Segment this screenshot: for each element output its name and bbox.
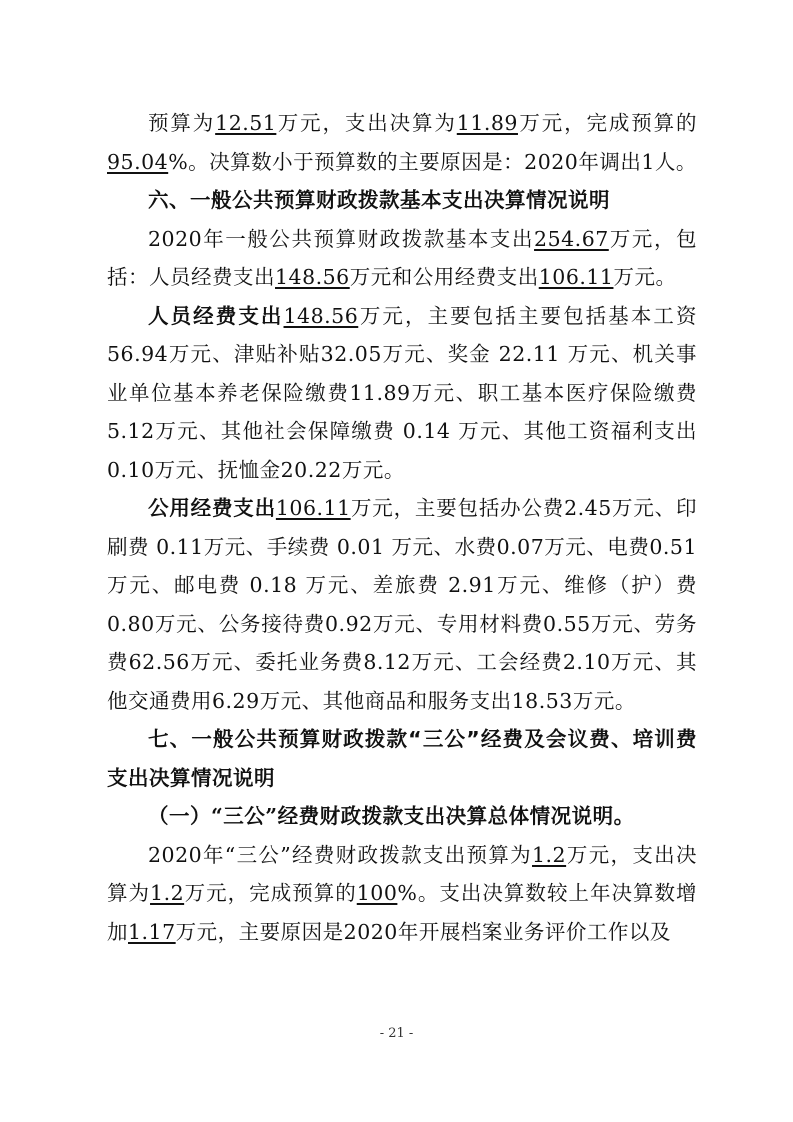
page-number: - 21 - (0, 1026, 793, 1041)
subheading-1: （一）“三公”经费财政拨款支出决算总体情况说明。 (107, 797, 697, 836)
actual-value: 11.89 (457, 111, 518, 135)
document-page: 预算为12.51万元，支出决算为11.89万元，完成预算的95.04%。决算数小… (107, 104, 697, 951)
text: 预算为 (148, 111, 215, 135)
three-public-actual: 1.2 (150, 881, 184, 905)
three-public-percent: 100 (357, 881, 398, 905)
budget-value: 12.51 (215, 111, 276, 135)
text: %。决算数小于预算数的主要原因是：2020年调出1人。 (168, 150, 697, 174)
three-public-budget: 1.2 (532, 843, 566, 867)
public-value: 106.11 (276, 496, 351, 520)
paragraph-basic-expenditure: 2020年一般公共预算财政拨款基本支出254.67万元，包括：人员经费支出148… (107, 220, 697, 297)
lead-label: 人员经费支出 (148, 304, 284, 328)
completion-percent: 95.04 (107, 150, 168, 174)
text: 万元和公用经费支出 (350, 265, 539, 289)
text: 万元，支出决算为 (276, 111, 456, 135)
text: 万元，主要包括办公费2.45万元、印刷费 0.11万元、手续费 0.01 万元、… (107, 496, 697, 713)
paragraph-budget-summary: 预算为12.51万元，支出决算为11.89万元，完成预算的95.04%。决算数小… (107, 104, 697, 181)
paragraph-public-expenditure: 公用经费支出106.11万元，主要包括办公费2.45万元、印刷费 0.11万元、… (107, 489, 697, 720)
text: 万元，完成预算的 (518, 111, 697, 135)
public-expenditure: 106.11 (539, 265, 614, 289)
lead-label: 公用经费支出 (148, 496, 276, 520)
text: 万元，完成预算的 (184, 881, 357, 905)
text: 万元，主要原因是2020年开展档案业务评价工作以及 (176, 920, 671, 944)
text: 万元，主要包括主要包括基本工资56.94万元、津贴补贴32.05万元、奖金 22… (107, 304, 697, 482)
personnel-value: 148.56 (284, 304, 359, 328)
personnel-expenditure: 148.56 (275, 265, 350, 289)
paragraph-three-public: 2020年“三公”经费财政拨款支出预算为1.2万元，支出决算为1.2万元，完成预… (107, 836, 697, 952)
basic-expenditure-total: 254.67 (534, 227, 609, 251)
paragraph-personnel-expenditure: 人员经费支出148.56万元，主要包括主要包括基本工资56.94万元、津贴补贴3… (107, 297, 697, 490)
increase-value: 1.17 (128, 920, 176, 944)
text: 2020年“三公”经费财政拨款支出预算为 (148, 843, 532, 867)
section-heading-7: 七、一般公共预算财政拨款“三公”经费及会议费、培训费支出决算情况说明 (107, 720, 697, 797)
section-heading-6: 六、一般公共预算财政拨款基本支出决算情况说明 (107, 181, 697, 220)
text: 2020年一般公共预算财政拨款基本支出 (148, 227, 534, 251)
text: 万元。 (613, 265, 676, 289)
